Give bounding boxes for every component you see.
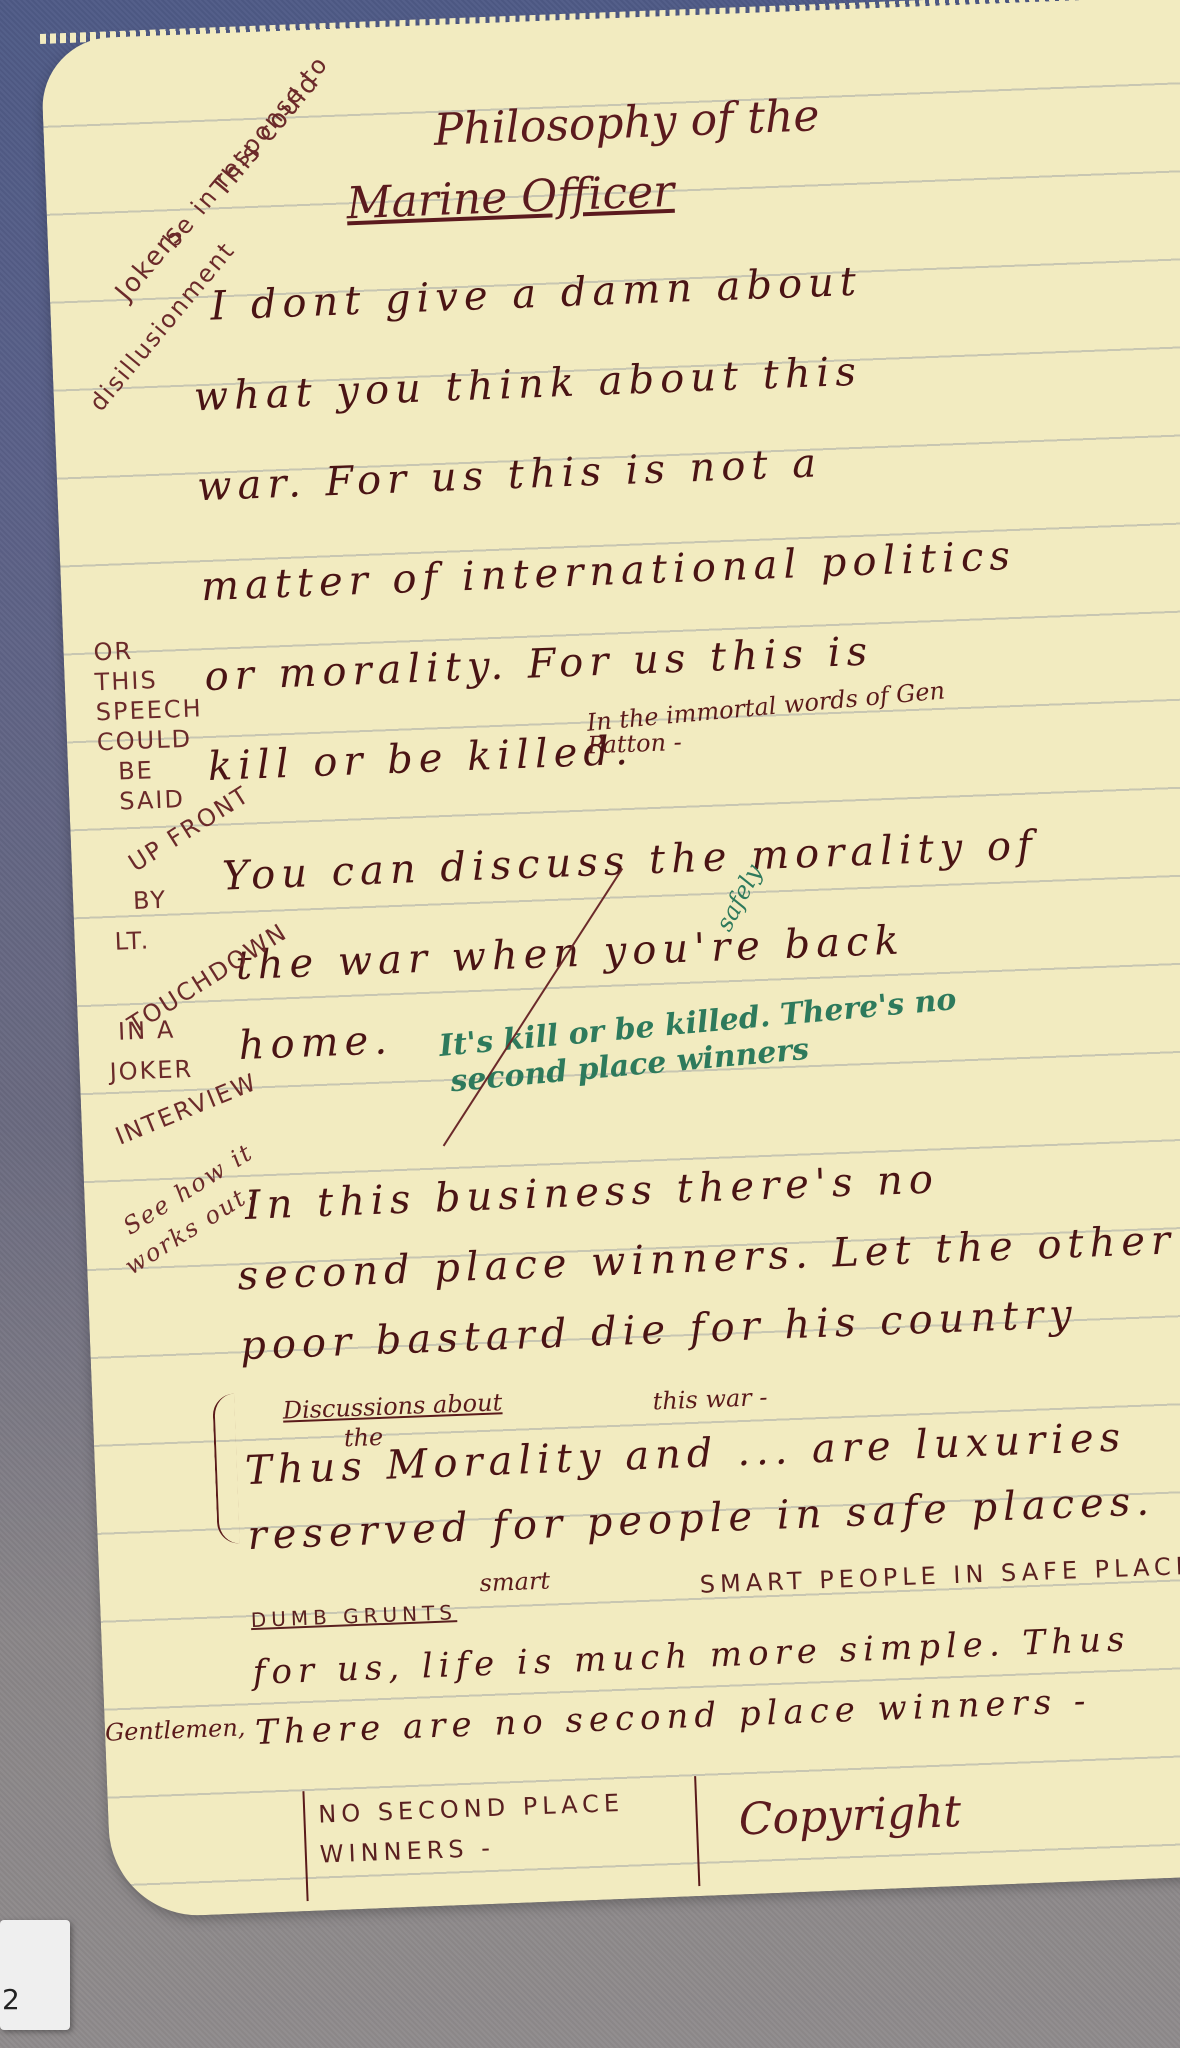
body-line: There are no second place winners -: [254, 1681, 1092, 1753]
title-line-1: Philosophy of the: [433, 90, 821, 156]
margin-word: BY: [133, 886, 168, 915]
margin-word: LT.: [114, 926, 151, 955]
body-line: or morality. For us this is: [204, 628, 874, 700]
patton-insertion: In the immortal words of Gen: [586, 676, 946, 736]
patton-insertion-2: Patton -: [587, 728, 682, 760]
margin-word: IN A: [118, 1016, 176, 1046]
left-bracket: [212, 1394, 240, 1545]
margin-word: COULD: [96, 725, 192, 757]
dumb-grunts-note: DUMB GRUNTS: [250, 1600, 457, 1632]
discussions-insertion: Discussions about: [282, 1388, 502, 1424]
exhibit-number: 2: [2, 1983, 20, 2016]
body-line: kill or be killed.: [207, 728, 634, 790]
body-line: I dont give a damn about: [209, 259, 862, 330]
title-line-2: Marine Officer: [346, 166, 676, 230]
this-war-insertion: this war -: [652, 1383, 768, 1415]
body-line: what you think about this: [193, 349, 863, 421]
body-line: reserved for people in safe places.: [247, 1478, 1156, 1559]
body-line: for us, life is much more simple. Thus: [252, 1619, 1131, 1693]
margin-word: JOKER: [109, 1055, 194, 1086]
margin-note-this-could: This could: [206, 67, 326, 203]
body-line: home.: [238, 1017, 394, 1069]
margin-word: THIS: [94, 666, 158, 696]
body-line: In this business there's no: [244, 1156, 940, 1229]
gentlemen-insertion: Gentlemen,: [104, 1713, 245, 1746]
body-line: the war when you're back: [235, 917, 906, 989]
insertion-arrow: [443, 868, 623, 1146]
body-line: matter of international politics: [200, 533, 1016, 610]
body-line: You can discuss the morality of: [221, 822, 1038, 899]
smart-people-note: SMART PEOPLE IN SAFE PLACES: [699, 1551, 1180, 1599]
margin-word: OR: [93, 637, 134, 666]
exhibit-label: 2: [0, 1920, 70, 2030]
body-line: second place winners. Let the other: [237, 1217, 1177, 1299]
margin-word: BE: [118, 756, 155, 785]
margin-word: SAID: [119, 785, 186, 815]
smart-insertion: smart: [479, 1567, 551, 1598]
manuscript-page: Philosophy of the Marine Officer Jokers …: [40, 0, 1180, 1919]
copyright-note: Copyright: [738, 1786, 962, 1846]
body-line: war. For us this is not a: [196, 440, 822, 510]
margin-word: SPEECH: [95, 694, 203, 726]
body-line: poor bastard die for his country: [239, 1291, 1078, 1369]
